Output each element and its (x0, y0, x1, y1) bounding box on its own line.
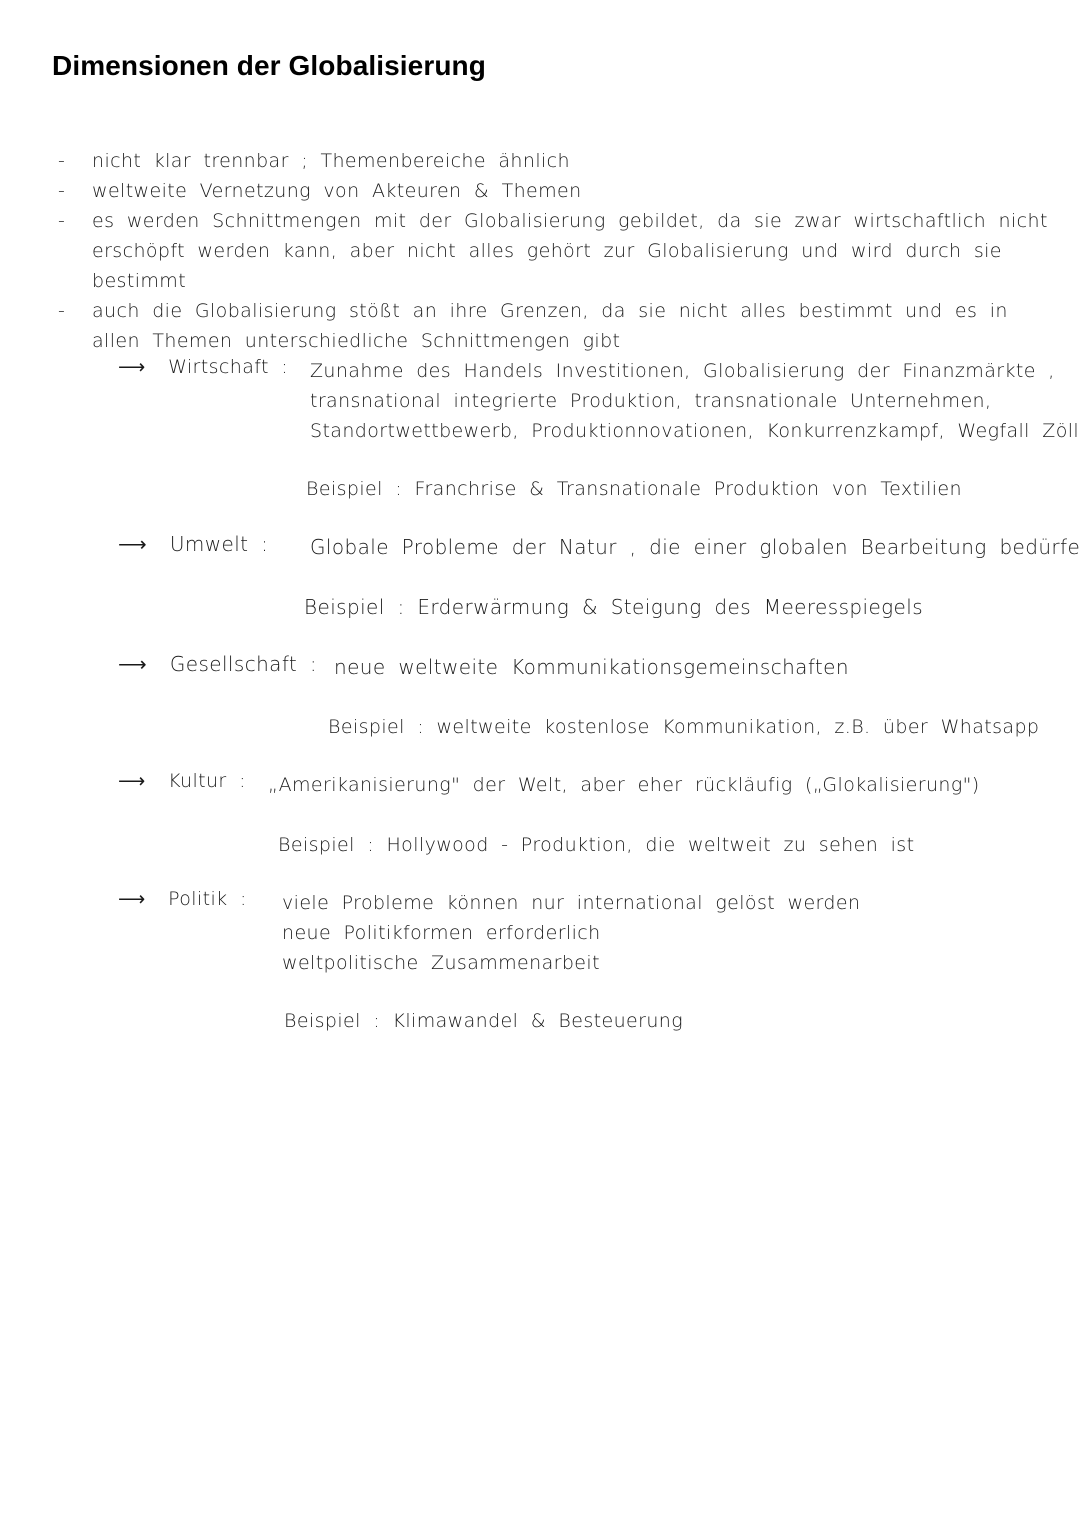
bullet-dash: - (58, 296, 65, 326)
example-text: Beispiel : weltweite kostenlose Kommunik… (328, 712, 1039, 742)
section-label: Umwelt : (170, 532, 268, 556)
section-body: Globale Probleme der Natur , die einer g… (310, 532, 1080, 562)
bullet-text: es werden Schnittmengen mit der Globalis… (92, 210, 1048, 292)
section-body: Zunahme des Handels Investitionen, Globa… (310, 356, 1080, 446)
section-label: Politik : (168, 888, 247, 910)
body-line: neue weltweite Kommunikationsgemeinschaf… (334, 652, 849, 682)
bullet-dash: - (58, 176, 65, 206)
body-line: Zunahme des Handels Investitionen, Globa… (310, 356, 1080, 386)
bullet-text: nicht klar trennbar ; Themenbereiche ähn… (92, 150, 570, 172)
bullet-dash: - (58, 206, 65, 236)
section-body: viele Probleme können nur international … (282, 888, 860, 978)
section-heading: ⟶ Kultur : (118, 770, 246, 792)
arrow-right-icon: ⟶ (118, 888, 146, 910)
list-item: - nicht klar trennbar ; Themenbereiche ä… (58, 146, 1048, 176)
body-line: weltpolitische Zusammenarbeit (282, 948, 860, 978)
bullet-text: weltweite Vernetzung von Akteuren & Them… (92, 180, 582, 202)
bullet-dash: - (58, 146, 65, 176)
body-line: viele Probleme können nur international … (282, 888, 860, 918)
section-heading: ⟶ Gesellschaft : (118, 652, 317, 676)
list-item: - auch die Globalisierung stößt an ihre … (58, 296, 1048, 356)
arrow-right-icon: ⟶ (118, 356, 146, 378)
example-text: Beispiel : Franchrise & Transnationale P… (306, 474, 962, 504)
bullet-text: auch die Globalisierung stößt an ihre Gr… (92, 300, 1008, 352)
section-heading: ⟶ Politik : (118, 888, 247, 910)
intro-bullet-list: - nicht klar trennbar ; Themenbereiche ä… (58, 146, 1048, 356)
arrow-right-icon: ⟶ (118, 532, 147, 556)
body-line: Globale Probleme der Natur , die einer g… (310, 532, 1080, 562)
section-label: Kultur : (168, 770, 246, 792)
section-body: neue weltweite Kommunikationsgemeinschaf… (334, 652, 849, 682)
list-item: - weltweite Vernetzung von Akteuren & Th… (58, 176, 1048, 206)
example-text: Beispiel : Erderwärmung & Steigung des M… (304, 592, 923, 622)
section-label: Wirtschaft : (168, 356, 288, 378)
section-body: „Amerikanisierung" der Welt, aber eher r… (268, 770, 980, 800)
body-line: Standortwettbewerb, Produktionnovationen… (310, 416, 1080, 446)
section-heading: ⟶ Umwelt : (118, 532, 268, 556)
example-text: Beispiel : Hollywood - Produktion, die w… (278, 830, 914, 860)
section-heading: ⟶ Wirtschaft : (118, 356, 288, 378)
body-line: neue Politikformen erforderlich (282, 918, 860, 948)
example-text: Beispiel : Klimawandel & Besteuerung (284, 1006, 683, 1036)
page-title: Dimensionen der Globalisierung (52, 50, 486, 82)
arrow-right-icon: ⟶ (118, 770, 146, 792)
list-item: - es werden Schnittmengen mit der Global… (58, 206, 1048, 296)
body-line: transnational integrierte Produktion, tr… (310, 386, 1080, 416)
arrow-right-icon: ⟶ (118, 652, 147, 676)
section-label: Gesellschaft : (170, 652, 317, 676)
body-line: „Amerikanisierung" der Welt, aber eher r… (268, 770, 980, 800)
